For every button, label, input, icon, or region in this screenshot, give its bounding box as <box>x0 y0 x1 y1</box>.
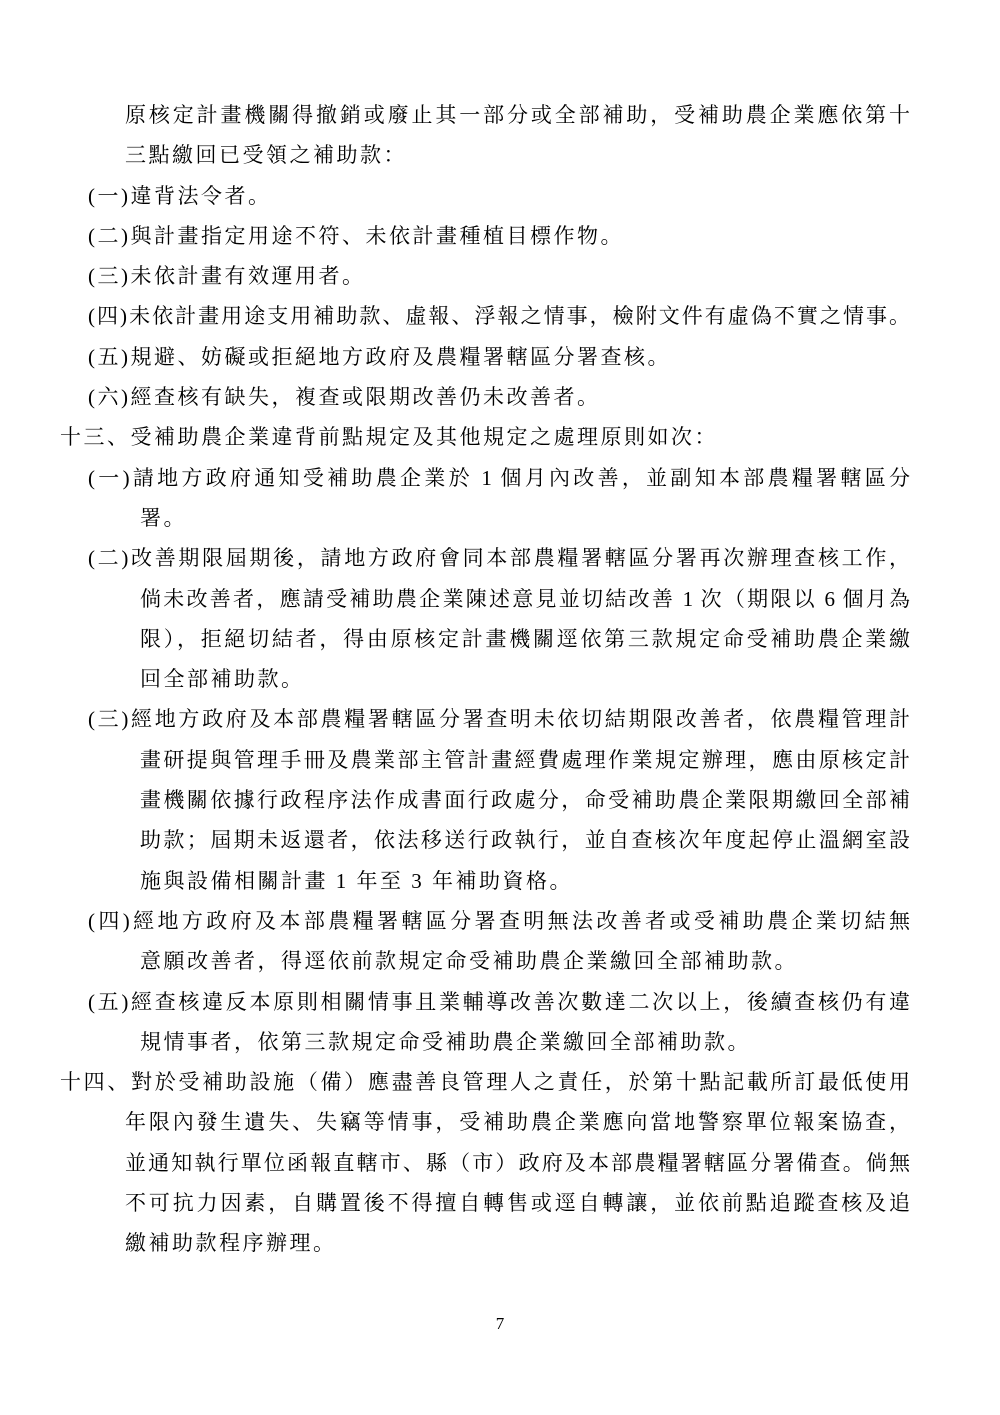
text-line: (二)與計畫指定用途不符、未依計畫種植目標作物。 <box>88 216 910 256</box>
text-line: (四)未依計畫用途支用補助款、虛報、浮報之情事，檢附文件有虛偽不實之情事。 <box>88 296 910 336</box>
text-line: 三點繳回已受領之補助款： <box>125 135 910 175</box>
text-line: (一)違背法令者。 <box>88 176 910 216</box>
text-line: 十三、受補助農企業違背前點規定及其他規定之處理原則如次： <box>60 417 910 457</box>
text-line: 規情事者，依第三款規定命受補助農企業繳回全部補助款。 <box>140 1022 910 1062</box>
text-line: 原核定計畫機關得撤銷或廢止其一部分或全部補助，受補助農企業應依第十 <box>125 95 910 135</box>
text-line: (四)經地方政府及本部農糧署轄區分署查明無法改善者或受補助農企業切結無 <box>88 901 910 941</box>
text-line: 十四、對於受補助設施（備）應盡善良管理人之責任，於第十點記載所訂最低使用 <box>60 1062 910 1102</box>
text-line: 繳補助款程序辦理。 <box>125 1223 910 1263</box>
text-line: (一)請地方政府通知受補助農企業於 1 個月內改善，並副知本部農糧署轄區分 <box>88 458 910 498</box>
document-page: 原核定計畫機關得撤銷或廢止其一部分或全部補助，受補助農企業應依第十三點繳回已受領… <box>0 0 1000 1415</box>
text-line: (三)未依計畫有效運用者。 <box>88 256 910 296</box>
text-line: 畫機關依據行政程序法作成書面行政處分，命受補助農企業限期繳回全部補 <box>140 780 910 820</box>
text-line: 施與設備相關計畫 1 年至 3 年補助資格。 <box>140 861 910 901</box>
text-line: 意願改善者，得逕依前款規定命受補助農企業繳回全部補助款。 <box>140 941 910 981</box>
text-line: 署。 <box>140 498 910 538</box>
text-line: 畫研提與管理手冊及農業部主管計畫經費處理作業規定辦理，應由原核定計 <box>140 740 910 780</box>
document-body: 原核定計畫機關得撤銷或廢止其一部分或全部補助，受補助農企業應依第十三點繳回已受領… <box>0 0 1000 1264</box>
text-line: (二)改善期限屆期後，請地方政府會同本部農糧署轄區分署再次辦理查核工作， <box>88 538 910 578</box>
text-line: 限），拒絕切結者，得由原核定計畫機關逕依第三款規定命受補助農企業繳 <box>140 619 910 659</box>
page-number: 7 <box>0 1312 1000 1336</box>
text-line: (五)經查核違反本原則相關情事且業輔導改善次數達二次以上，後續查核仍有違 <box>88 982 910 1022</box>
text-line: 並通知執行單位函報直轄市、縣（市）政府及本部農糧署轄區分署備查。倘無 <box>125 1143 910 1183</box>
text-line: (六)經查核有缺失，複查或限期改善仍未改善者。 <box>88 377 910 417</box>
text-line: 不可抗力因素，自購置後不得擅自轉售或逕自轉讓，並依前點追蹤查核及追 <box>125 1183 910 1223</box>
text-line: 回全部補助款。 <box>140 659 910 699</box>
text-line: 倘未改善者，應請受補助農企業陳述意見並切結改善 1 次（期限以 6 個月為 <box>140 579 910 619</box>
text-line: (三)經地方政府及本部農糧署轄區分署查明未依切結期限改善者，依農糧管理計 <box>88 699 910 739</box>
text-line: 年限內發生遺失、失竊等情事，受補助農企業應向當地警察單位報案協查， <box>125 1102 910 1142</box>
text-line: 助款；屆期未返還者，依法移送行政執行，並自查核次年度起停止溫網室設 <box>140 820 910 860</box>
text-line: (五)規避、妨礙或拒絕地方政府及農糧署轄區分署查核。 <box>88 337 910 377</box>
